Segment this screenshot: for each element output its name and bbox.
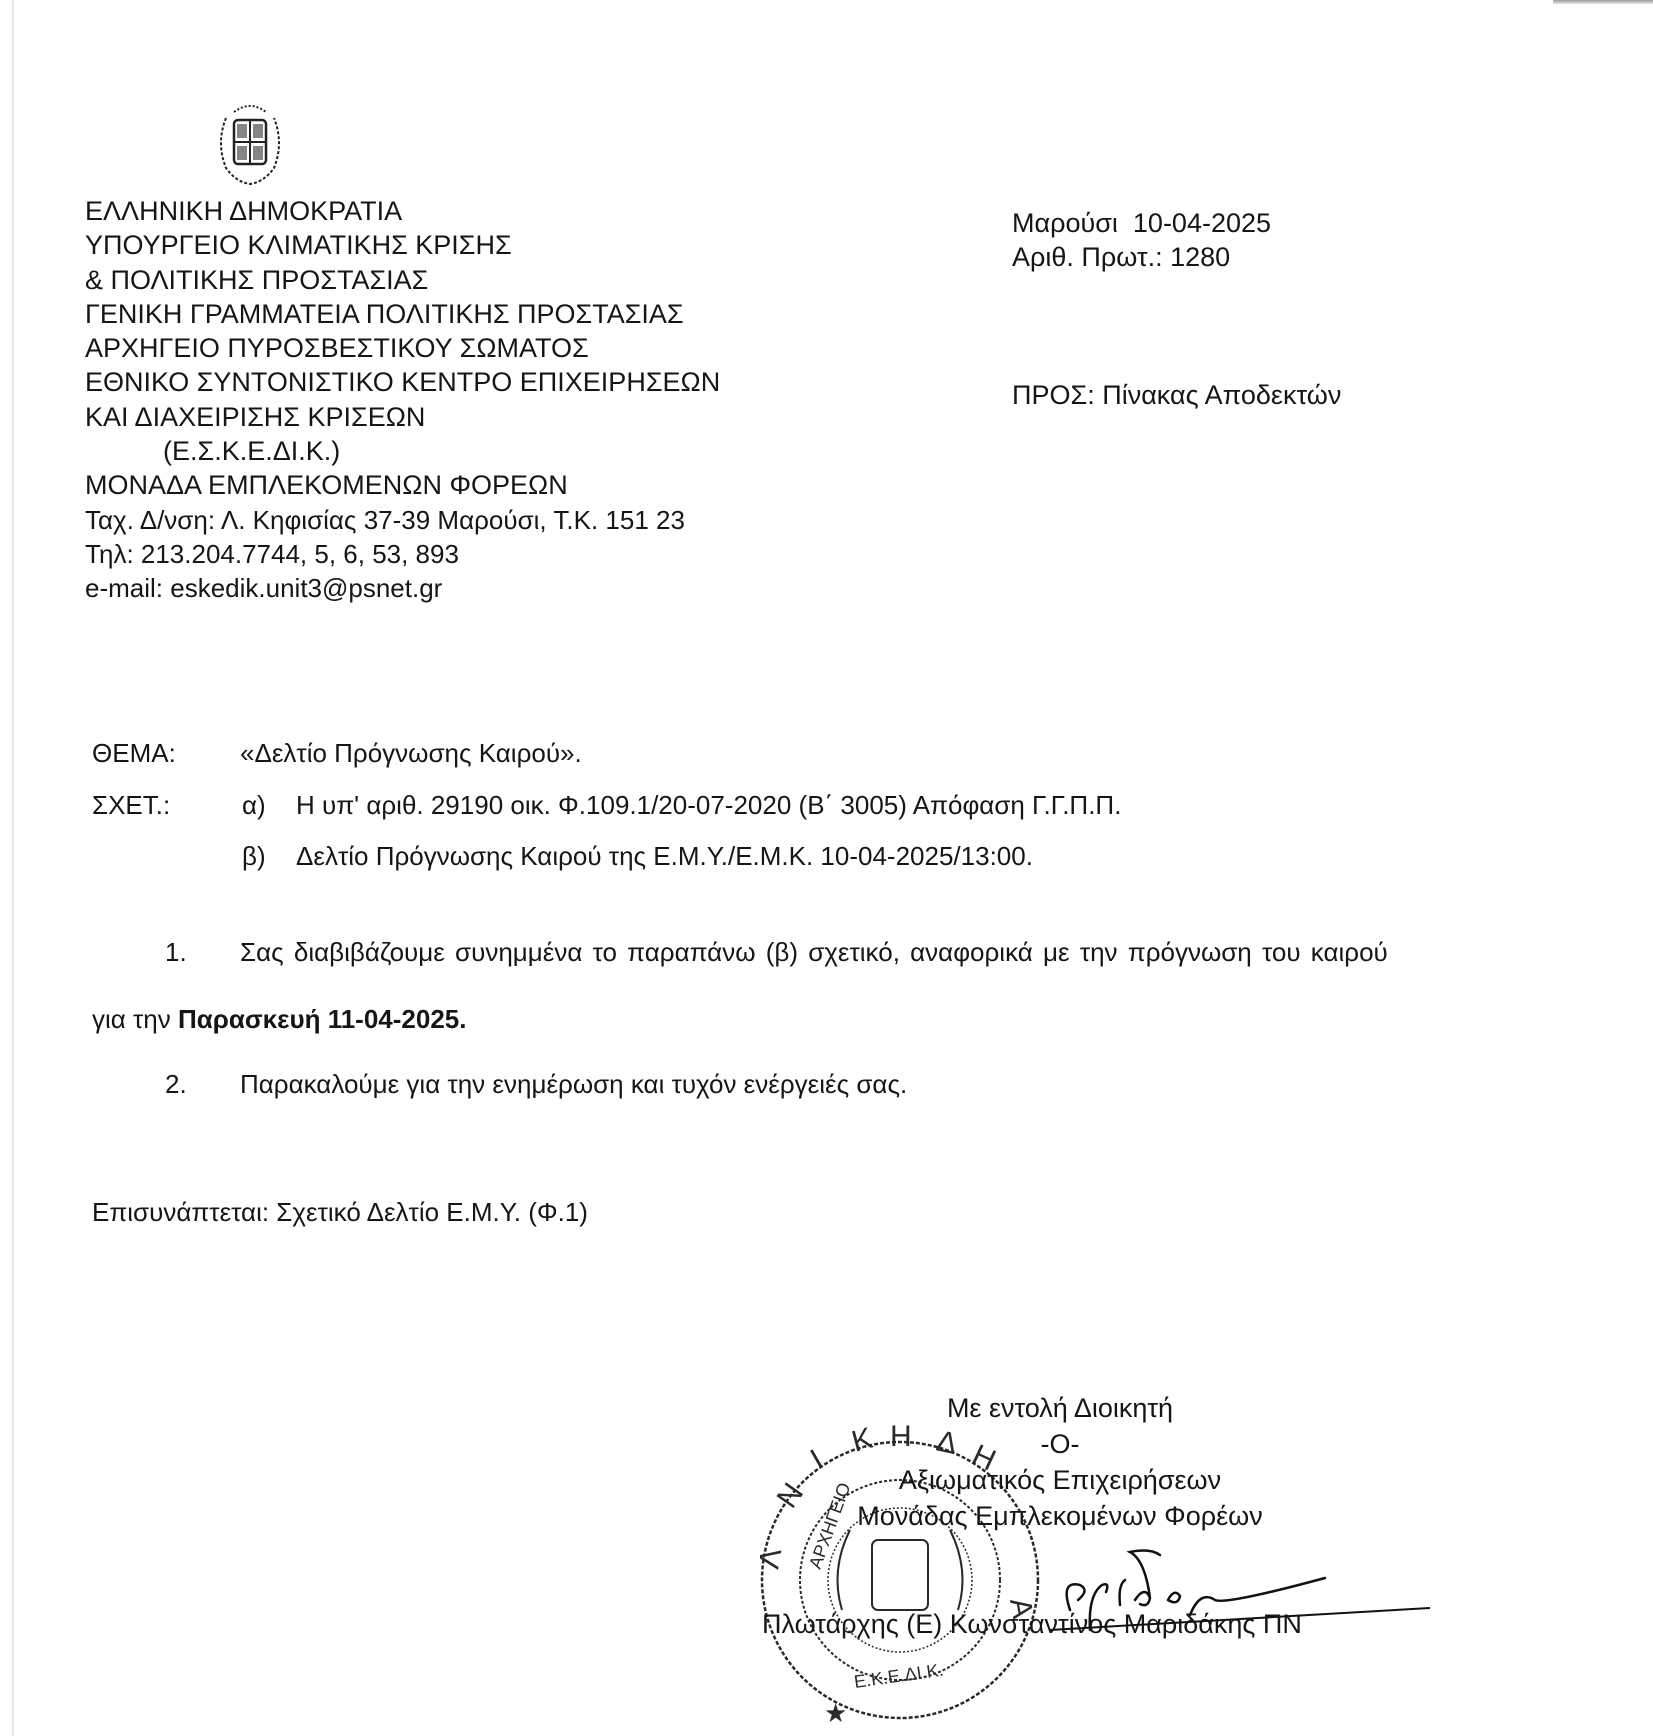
svg-text:★: ★ (824, 1699, 847, 1729)
body-item-1-continuation: για την Παρασκευή 11-04-2025. (92, 1004, 466, 1035)
signature-separator: -Ο- (800, 1426, 1320, 1462)
document-meta: Μαρούσι 10-04-2025 Αριθ. Πρωτ.: 1280 (1012, 206, 1271, 274)
signer-name: Πλωτάρχης (Ε) Κωνσταντίνος Μαριδάκης ΠΝ (762, 1609, 1302, 1640)
references-label: ΣΧΕΤ.: (92, 790, 170, 821)
scan-edge-left (12, 0, 14, 1736)
signature-role: Αξιωματικός Επιχειρήσεων (800, 1462, 1320, 1498)
item-number: 2. (165, 1069, 187, 1100)
letterhead-phone: Τηλ: 213.204.7744, 5, 6, 53, 893 (85, 537, 720, 571)
item-continuation-prefix: για την (92, 1004, 178, 1034)
recipient: ΠΡΟΣ: Πίνακας Αποδεκτών (1012, 380, 1341, 411)
item-text: Σας διαβιβάζουμε συνημμένα το παραπάνω (… (240, 937, 1388, 968)
protocol-number: Αριθ. Πρωτ.: 1280 (1012, 240, 1271, 274)
reference-letter: β) (242, 841, 266, 872)
place-date: Μαρούσι 10-04-2025 (1012, 206, 1271, 240)
subject-text: «Δελτίο Πρόγνωσης Καιρού». (240, 738, 582, 769)
letterhead-address: Ταχ. Δ/νση: Λ. Κηφισίας 37-39 Μαρούσι, Τ… (85, 503, 720, 537)
letterhead-center: ΕΘΝΙΚΟ ΣΥΝΤΟΝΙΣΤΙΚΟ ΚΕΝΤΡΟ ΕΠΙΧΕΙΡΗΣΕΩΝ (85, 365, 720, 399)
greek-coat-of-arms-icon (212, 98, 288, 188)
attachment-note: Επισυνάπτεται: Σχετικό Δελτίο Ε.Μ.Υ. (Φ.… (92, 1197, 588, 1228)
reference-letter: α) (242, 790, 266, 821)
item-number: 1. (165, 937, 187, 968)
letterhead-ministry: ΥΠΟΥΡΓΕΙΟ ΚΛΙΜΑΤΙΚΗΣ ΚΡΙΣΗΣ (85, 228, 720, 262)
letterhead-secretariat: ΓΕΝΙΚΗ ΓΡΑΜΜΑΤΕΙΑ ΠΟΛΙΤΙΚΗΣ ΠΡΟΣΤΑΣΙΑΣ (85, 297, 720, 331)
signature-authority: Με εντολή Διοικητή (800, 1390, 1320, 1426)
letterhead: ΕΛΛΗΝΙΚΗ ΔΗΜΟΚΡΑΤΙΑ ΥΠΟΥΡΓΕΙΟ ΚΛΙΜΑΤΙΚΗΣ… (85, 194, 720, 606)
svg-text:Λ: Λ (760, 1546, 788, 1571)
letterhead-unit: ΜΟΝΑΔΑ ΕΜΠΛΕΚΟΜΕΝΩΝ ΦΟΡΕΩΝ (85, 468, 720, 502)
subject-label: ΘΕΜΑ: (92, 738, 176, 769)
letterhead-ministry-cont: & ΠΟΛΙΤΙΚΗΣ ΠΡΟΣΤΑΣΙΑΣ (85, 263, 720, 297)
item-text: Παρακαλούμε για την ενημέρωση και τυχόν … (240, 1069, 907, 1100)
scan-edge-top (1553, 0, 1653, 4)
letterhead-fire-service: ΑΡΧΗΓΕΙΟ ΠΥΡΟΣΒΕΣΤΙΚΟΥ ΣΩΜΑΤΟΣ (85, 331, 720, 365)
letterhead-email: e-mail: eskedik.unit3@psnet.gr (85, 571, 720, 605)
svg-text:Ε.Κ.Ε.ΔΙ.Κ.: Ε.Κ.Ε.ΔΙ.Κ. (853, 1660, 945, 1692)
forecast-date: Παρασκευή 11-04-2025. (178, 1004, 466, 1034)
reference-text: Δελτίο Πρόγνωσης Καιρού της Ε.Μ.Υ./Ε.Μ.Κ… (296, 841, 1033, 872)
signature-block: Με εντολή Διοικητή -Ο- Αξιωματικός Επιχε… (800, 1390, 1320, 1534)
letterhead-republic: ΕΛΛΗΝΙΚΗ ΔΗΜΟΚΡΑΤΙΑ (85, 194, 720, 228)
letterhead-center-cont: ΚΑΙ ΔΙΑΧΕΙΡΙΣΗΣ ΚΡΙΣΕΩΝ (85, 400, 720, 434)
letterhead-acronym: (Ε.Σ.Κ.Ε.ΔΙ.Κ.) (85, 434, 720, 468)
signature-unit: Μονάδας Εμπλεκομένων Φορέων (800, 1498, 1320, 1534)
reference-text: Η υπ' αριθ. 29190 οικ. Φ.109.1/20-07-202… (296, 790, 1121, 821)
